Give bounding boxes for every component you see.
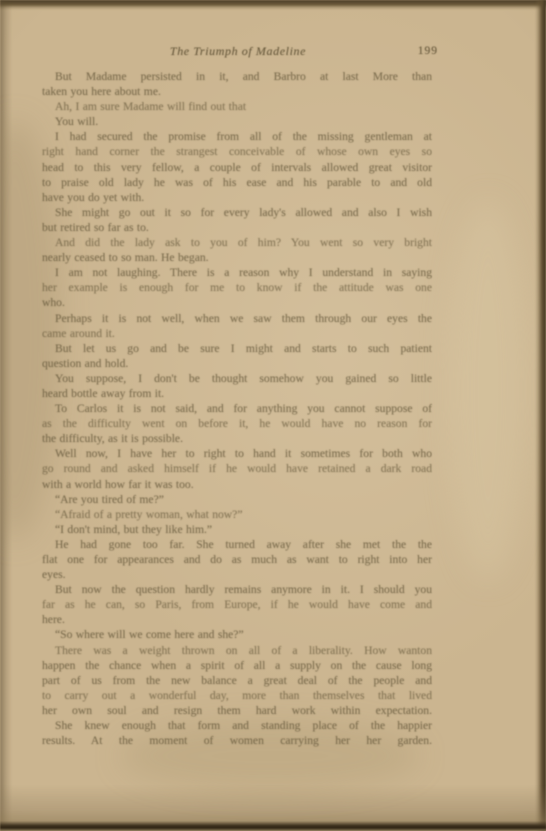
text-line: have you do yet with. — [42, 190, 432, 205]
text-line: You suppose, I don't be thought somehow … — [42, 371, 432, 386]
text-line: He had gone too far. She turned away aft… — [42, 537, 432, 552]
page-number: 199 — [418, 45, 438, 57]
page-edge-bottom — [0, 785, 546, 831]
running-header-title: The Triumph of Madeline — [42, 44, 434, 59]
text-line: taken you here about me. — [42, 84, 432, 99]
text-line: the difficulty, as it is possible. — [42, 431, 432, 446]
text-line: part of us from the new balance a great … — [42, 673, 432, 688]
text-line: here. — [42, 612, 432, 627]
text-line: Well now, I have her to right to hand it… — [42, 446, 432, 461]
text-line: “Are you tired of me?” — [42, 492, 432, 507]
text-line: question and hold. — [42, 356, 432, 371]
text-line: I had secured the promise from all of th… — [42, 129, 432, 144]
text-line: right hand corner the strangest conceiva… — [42, 144, 432, 159]
text-line: came around it. — [42, 326, 432, 341]
book-page-photo: The Triumph of Madeline 199 But Madame p… — [0, 0, 546, 831]
text-line: flat one for appearances and do as much … — [42, 552, 432, 567]
text-line: eyes. — [42, 567, 432, 582]
text-block: But Madame persisted in it, and Barbro a… — [42, 69, 432, 748]
text-line: go round and asked himself if he would h… — [42, 461, 432, 476]
text-line: Perhaps it is not well, when we saw them… — [42, 311, 432, 326]
text-line: You will. — [42, 114, 432, 129]
text-line: nearly ceased to so man. He began. — [42, 250, 432, 265]
text-line: heard bottle away from it. — [42, 386, 432, 401]
text-line: her example is enough for me to know if … — [42, 280, 432, 295]
text-line: far as he can, so Paris, from Europe, if… — [42, 597, 432, 612]
text-line: as the difficulty went on before it, he … — [42, 416, 432, 431]
page-edge-left — [0, 0, 12, 831]
text-line: happen the chance when a spirit of all a… — [42, 658, 432, 673]
text-line: But Madame persisted in it, and Barbro a… — [42, 69, 432, 84]
text-line: And did the lady ask to you of him? You … — [42, 235, 432, 250]
text-line: I am not laughing. There is a reason why… — [42, 265, 432, 280]
text-line: “Afraid of a pretty woman, what now?” — [42, 507, 432, 522]
text-line: But now the question hardly remains anym… — [42, 582, 432, 597]
text-line: Ah, I am sure Madame will find out that — [42, 99, 432, 114]
text-line: to praise old lady he was of his ease an… — [42, 175, 432, 190]
text-line: “So where will we come here and she?” — [42, 627, 432, 642]
text-line: She knew enough that form and standing p… — [42, 718, 432, 733]
text-line: but retired so far as to. — [42, 220, 432, 235]
text-line: to carry out a wonderful day, more than … — [42, 688, 432, 703]
page-edge-top — [0, 0, 546, 10]
text-line: To Carlos it is not said, and for anythi… — [42, 401, 432, 416]
text-line: head to this very fellow, a couple of in… — [42, 160, 432, 175]
text-line: who. — [42, 295, 432, 310]
text-line: She might go out it so for every lady's … — [42, 205, 432, 220]
text-line: There was a weight thrown on all of a li… — [42, 643, 432, 658]
paper-highlight — [448, 200, 528, 580]
text-line: But let us go and be sure I might and st… — [42, 341, 432, 356]
text-line: results. At the moment of women carrying… — [42, 733, 432, 748]
text-line: with a world how far it was too. — [42, 477, 432, 492]
running-header: The Triumph of Madeline 199 — [42, 44, 434, 64]
page-edge-right — [535, 0, 546, 831]
text-line: “I don't mind, but they like him.” — [42, 522, 432, 537]
text-line: her own soul and resign them hard work w… — [42, 703, 432, 718]
